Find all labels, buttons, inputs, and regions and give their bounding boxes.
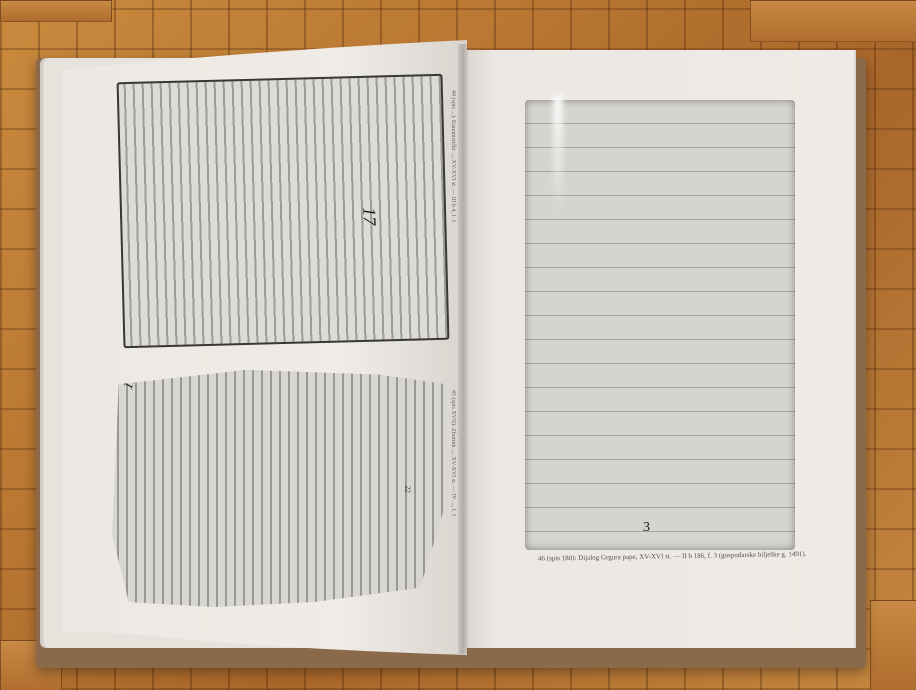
- plate-caption: 44 (spis ...): Kanonistički ..., XV-XVI …: [450, 90, 456, 222]
- light-glare: [553, 95, 563, 215]
- folio-mark: 17: [358, 207, 379, 226]
- folio-mark: 3: [643, 520, 650, 536]
- floor-plank: [750, 0, 916, 42]
- manuscript-plate-bottom-left: 11 22: [112, 365, 447, 607]
- manuscript-plate-right: 3: [525, 100, 795, 550]
- plate-caption: 45 (spis XVII): Zbornik ..., XV-XVI st. …: [450, 390, 456, 517]
- book-gutter: [458, 44, 468, 654]
- floor-plank: [0, 0, 112, 22]
- manuscript-plate-top-left: 17: [117, 74, 450, 348]
- corner-mark: 22: [404, 486, 412, 493]
- floor-plank: [870, 600, 916, 690]
